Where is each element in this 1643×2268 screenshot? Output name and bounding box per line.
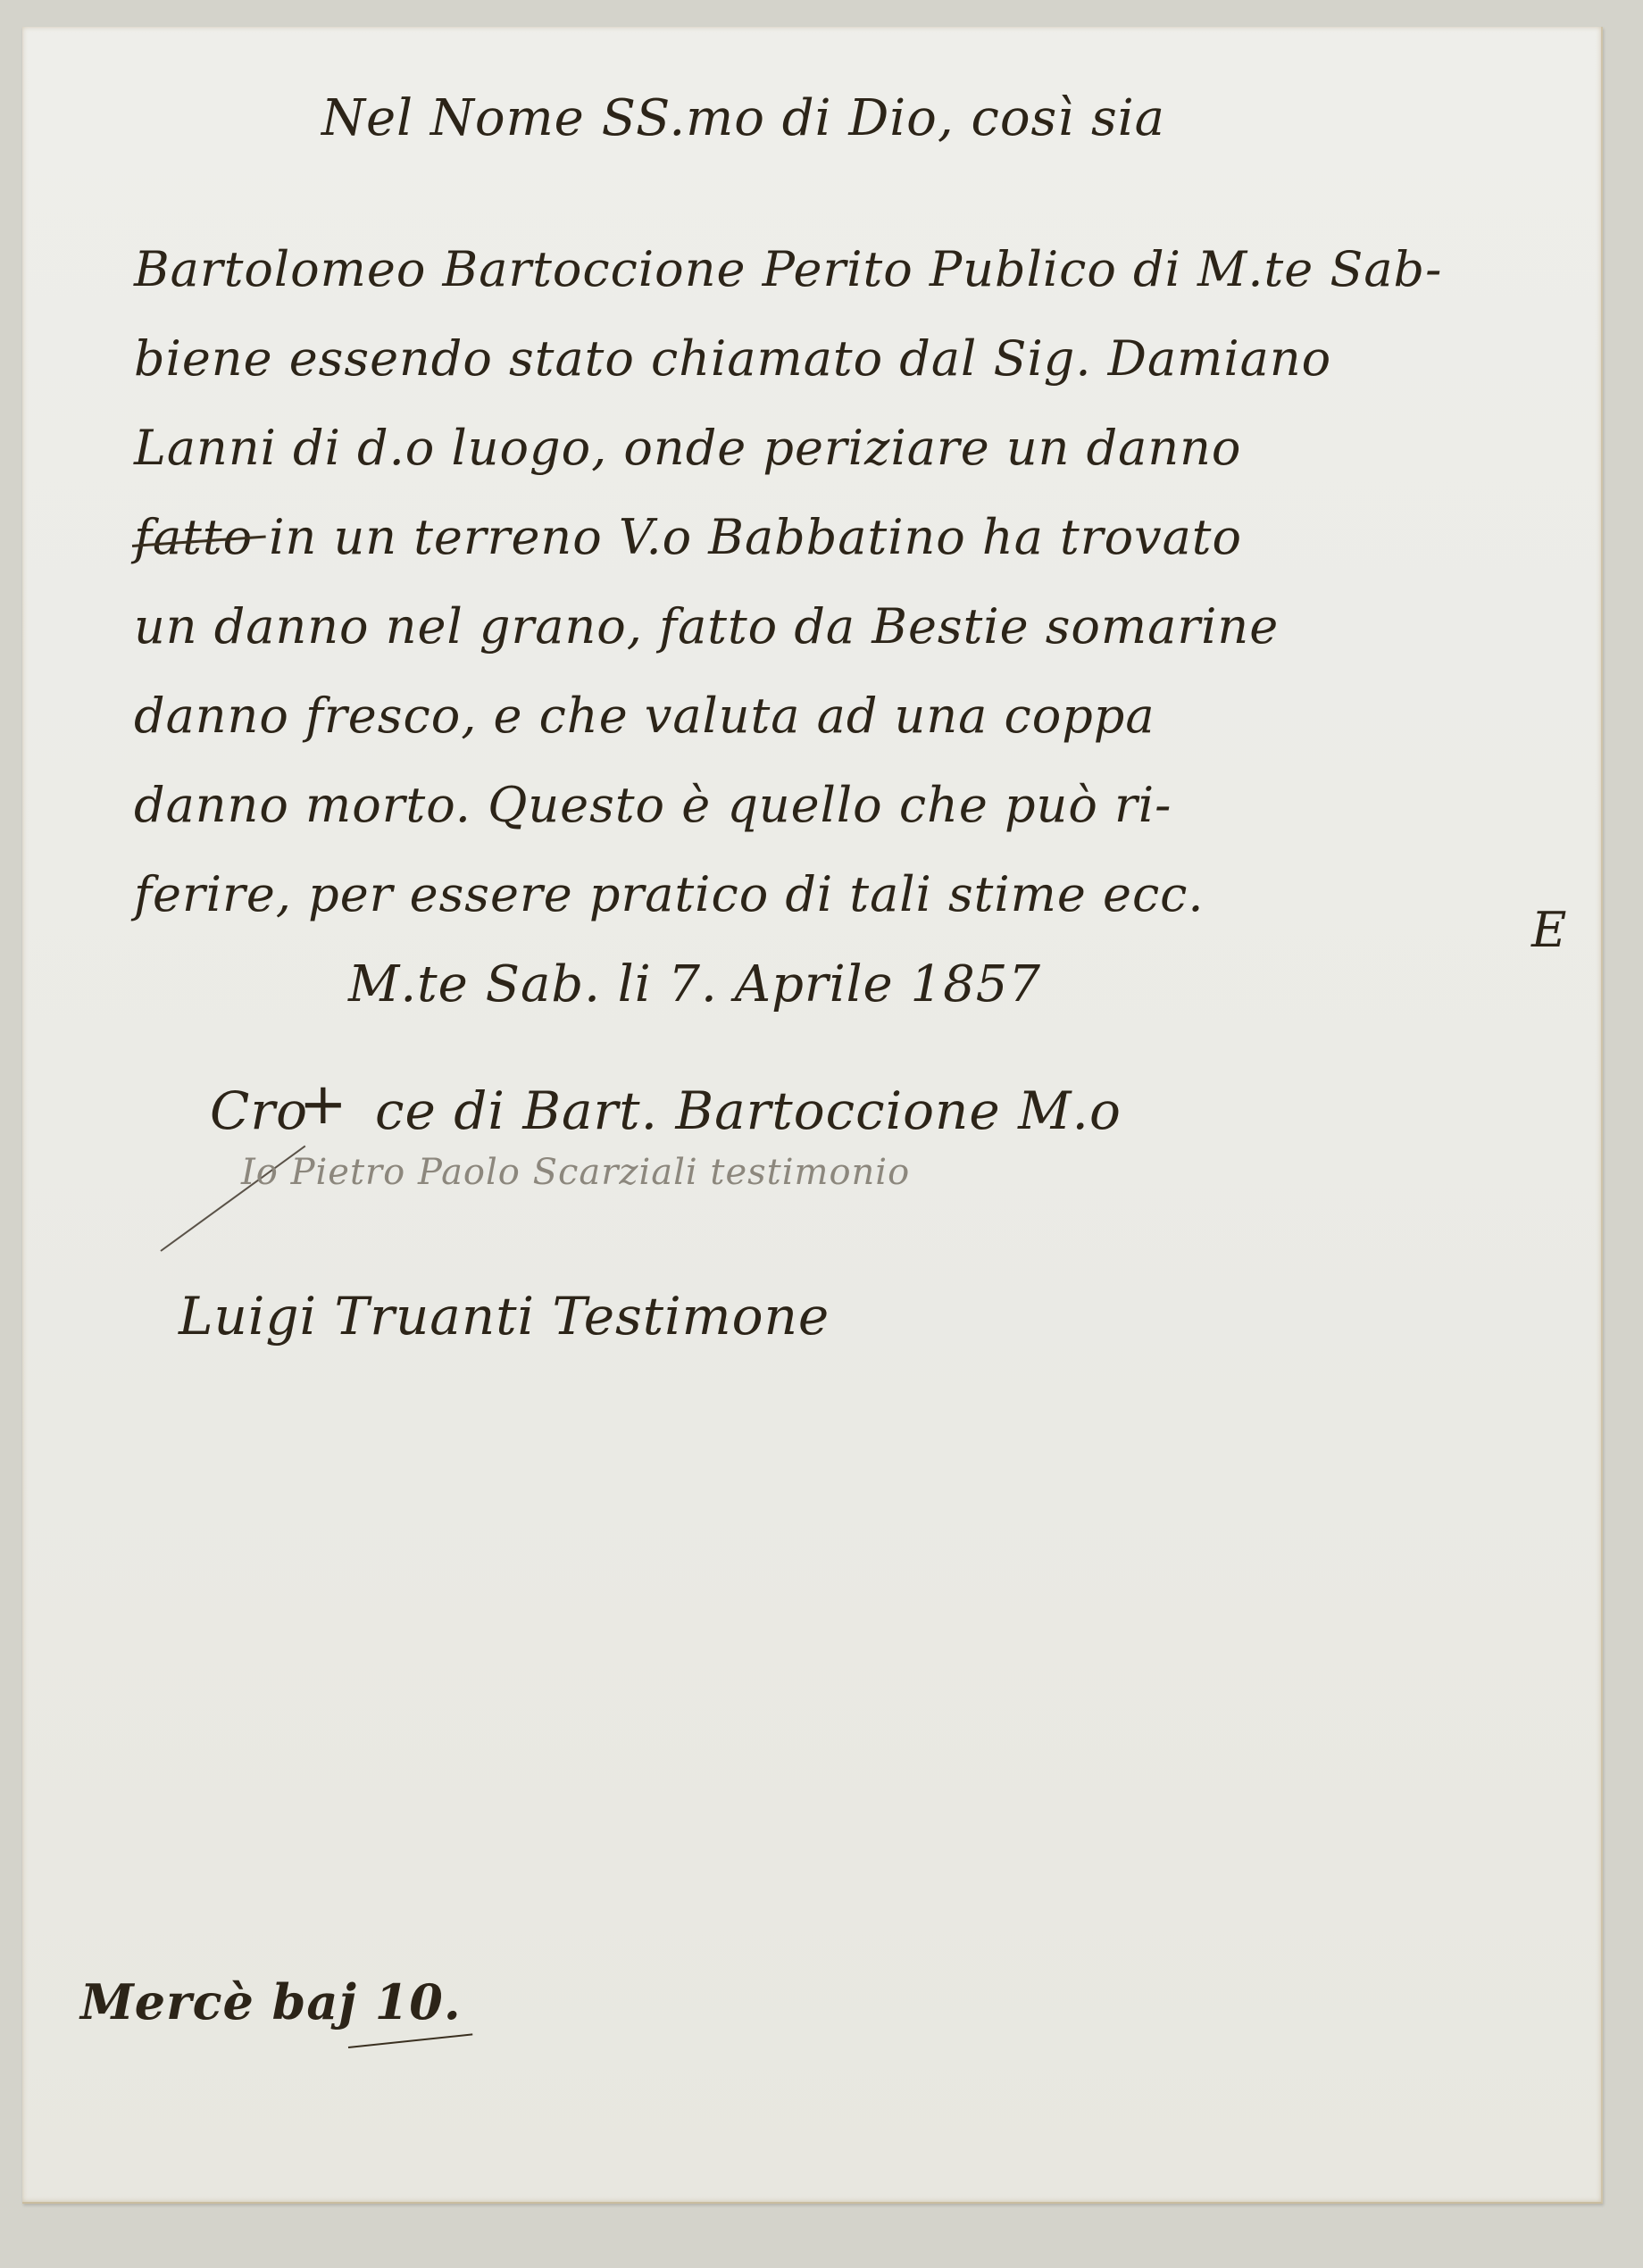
- cross-mark-icon: +: [299, 1071, 347, 1138]
- dateline: M.te Sab. li 7. Aprile 1857: [348, 955, 1041, 1013]
- body-line-4: fatto in un terreno V.o Babbatino ha tro…: [134, 509, 1242, 565]
- witness-signature: Luigi Truanti Testimone: [179, 1286, 830, 1347]
- margin-mark: E: [1531, 902, 1567, 958]
- body-line-5: un danno nel grano, fatto da Bestie soma…: [134, 598, 1279, 655]
- body-line-2: biene essendo stato chiamato dal Sig. Da…: [134, 330, 1331, 387]
- body-line-7: danno morto. Questo è quello che può ri-: [134, 777, 1172, 833]
- body-line-3: Lanni di d.o luogo, onde periziare un da…: [134, 420, 1241, 476]
- signature-text: ce di Bart. Bartoccione M.o: [375, 1080, 1122, 1141]
- body-line-1: Bartolomeo Bartoccione Perito Publico di…: [134, 241, 1442, 297]
- document-heading: Nel Nome SS.mo di Dio, così sia: [321, 89, 1165, 147]
- body-line-6: danno fresco, e che valuta ad una coppa: [134, 688, 1155, 744]
- body-line-8: ferire, per essere pratico di tali stime…: [134, 866, 1205, 922]
- signature-prefix: Cro: [210, 1080, 308, 1141]
- witness-faint-text: Io Pietro Paolo Scarziali testimonio: [241, 1152, 910, 1193]
- fee-note: Mercè baj 10.: [80, 1973, 462, 2030]
